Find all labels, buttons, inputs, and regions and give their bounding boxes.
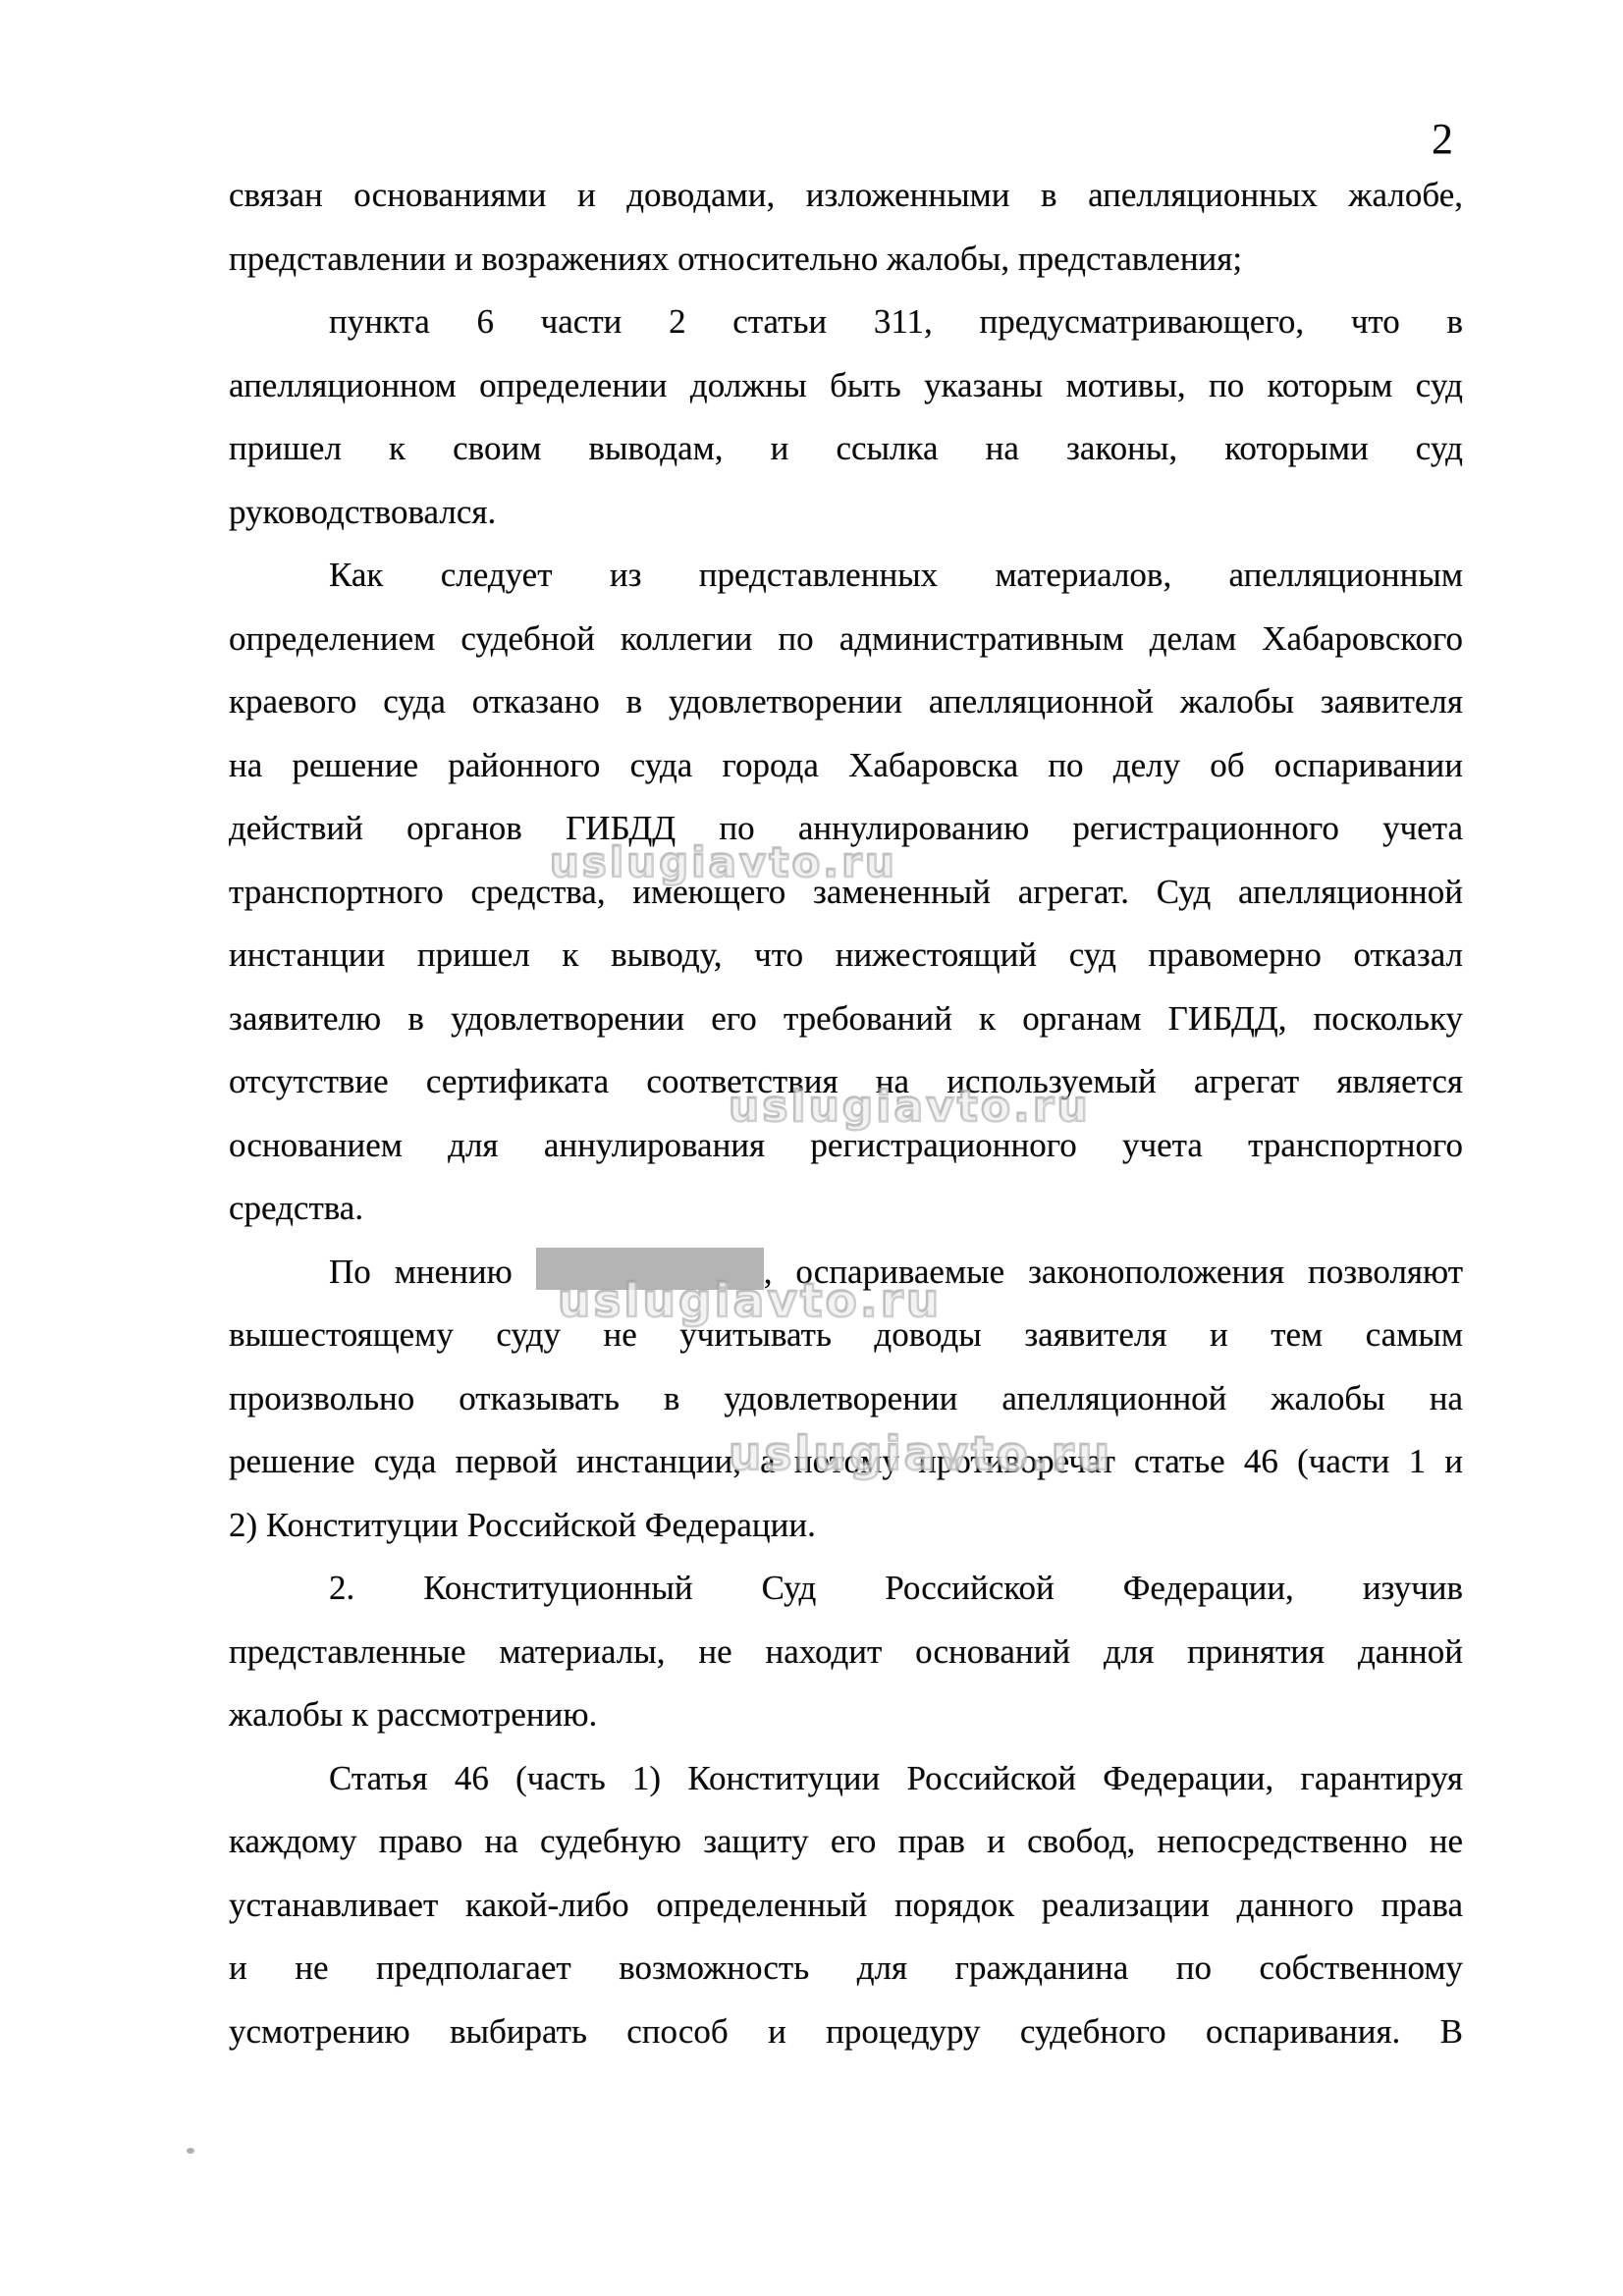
text-line: определением судебной коллегии по админи…	[229, 608, 1463, 671]
text-segment: По мнению	[329, 1253, 536, 1291]
text-line: каждому право на судебную защиту его пра…	[229, 1810, 1463, 1874]
text-line: основанием для аннулирования регистрацио…	[229, 1114, 1463, 1178]
text-line: средства.	[229, 1177, 1463, 1241]
text-line: заявителю в удовлетворении его требовани…	[229, 988, 1463, 1051]
text-line: связан основаниями и доводами, изложенны…	[229, 164, 1463, 228]
text-line: По мнению , оспариваемые законоположения…	[229, 1241, 1463, 1305]
text-line: пришел к своим выводам, и ссылка на зако…	[229, 417, 1463, 481]
text-line: 2. Конституционный Суд Российской Федера…	[229, 1557, 1463, 1621]
text-line: отсутствие сертификата соответствия на и…	[229, 1050, 1463, 1114]
text-line: пункта 6 части 2 статьи 311, предусматри…	[229, 291, 1463, 354]
text-line: 2) Конституции Российской Федерации.	[229, 1494, 1463, 1558]
text-line: инстанции пришел к выводу, что нижестоящ…	[229, 924, 1463, 988]
text-line: вышестоящему суду не учитывать доводы за…	[229, 1304, 1463, 1367]
text-line: руководствовался.	[229, 481, 1463, 545]
document-page: 2 связан основаниями и доводами, изложен…	[0, 0, 1623, 2296]
text-line: транспортного средства, имеющего заменен…	[229, 861, 1463, 925]
text-line: Статья 46 (часть 1) Конституции Российск…	[229, 1747, 1463, 1811]
text-line: на решение районного суда города Хабаров…	[229, 734, 1463, 798]
text-line: и не предполагает возможность для гражда…	[229, 1937, 1463, 2001]
text-line: представленные материалы, не находит осн…	[229, 1621, 1463, 1684]
text-line: представлении и возражениях относительно…	[229, 228, 1463, 292]
text-line: устанавливает какой-либо определенный по…	[229, 1874, 1463, 1938]
text-line: апелляционном определении должны быть ук…	[229, 354, 1463, 418]
page-number: 2	[1432, 118, 1453, 161]
scan-artifact-dot	[187, 2148, 194, 2154]
text-line: усмотрению выбирать способ и процедуру с…	[229, 2001, 1463, 2064]
text-line: Как следует из представленных материалов…	[229, 544, 1463, 608]
text-line: решение суда первой инстанции, а потому …	[229, 1430, 1463, 1494]
text-line: действий органов ГИБДД по аннулированию …	[229, 797, 1463, 861]
text-line: жалобы к рассмотрению.	[229, 1683, 1463, 1747]
redaction-box	[536, 1248, 764, 1290]
text-line: произвольно отказывать в удовлетворении …	[229, 1367, 1463, 1431]
text-line: краевого суда отказано в удовлетворении …	[229, 670, 1463, 734]
document-body: связан основаниями и доводами, изложенны…	[229, 164, 1463, 2063]
text-segment: , оспариваемые законоположения позволяют	[764, 1253, 1463, 1291]
